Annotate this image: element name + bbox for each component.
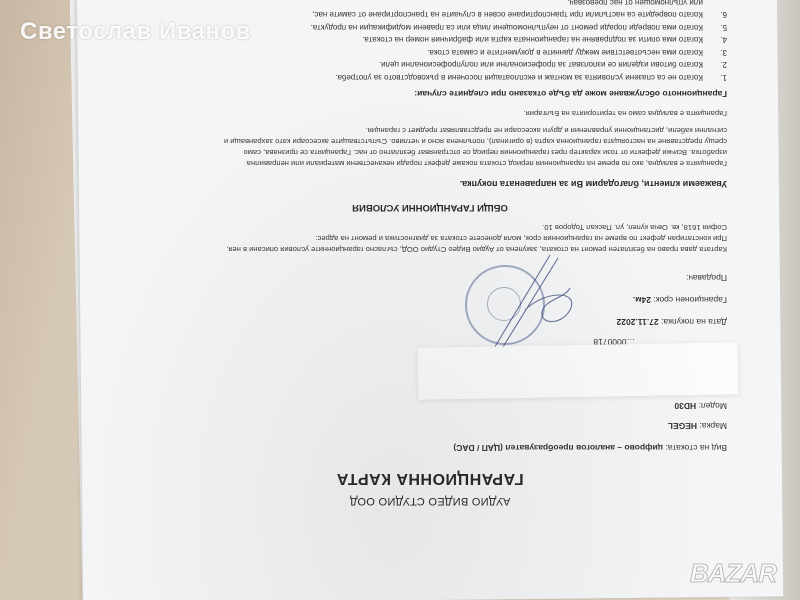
signature [470,250,590,360]
list-item: 3.Когато има несъответствие между даннит… [272,46,727,59]
field-value: 27.11.2022 [617,317,659,327]
field-value: 24м. [633,295,651,305]
paper-strip-covering [418,342,739,400]
refusal-heading: Гаранционното обслужване може да бъде от… [414,89,727,99]
field-label: Марка: [699,421,727,431]
terms-line-2: изработка. Всички дефекти от този характ… [117,147,727,158]
list-item: 5.Когато има повреди поради ремонт от не… [272,21,727,34]
field-seller: Продавач: [686,273,727,283]
field-model: Модел: HD30 [674,401,727,411]
general-terms-title: ОБЩИ ГАРАНЦИОННИ УСЛОВИЯ [95,202,765,213]
terms-line-1: Гаранцията е валидна, ако по време на га… [117,158,727,169]
company-name: АУДИО ВИДЕО СТУДИО ООД [95,495,765,507]
field-brand: Марка: HEGEL [668,421,727,431]
bazar-logo-watermark: BAZAR [690,558,776,589]
document-title: ГАРАНЦИОННА КАРТА [95,469,765,487]
field-value: HEGEL [668,421,697,431]
author-watermark: Светослав Иванов [20,18,251,46]
terms-line-5: Гаранцията е валидна само на територията… [117,108,727,119]
list-item: 4.Когато има опити за подправяне на гара… [272,33,727,46]
terms-line-4: сигнални кабели, дистанционни управления… [117,125,727,136]
refusal-list: 1.Когато не са спазени условията за монт… [272,0,727,83]
list-item: 1.Когато не са спазени условията за монт… [272,71,727,84]
list-item: 2.Когато битови изделия се използват за … [272,58,727,71]
field-value: цифрово – аналогов преобразувател (ЦАП /… [453,443,663,453]
greeting: Уважаеми клиенти, благодарим Ви за напра… [460,179,727,189]
field-label: Модел: [699,401,727,411]
intro-line-2: При констатиран дефект по време на гаран… [117,233,727,244]
field-product-type: Вид на стоката: цифрово – аналогов преоб… [453,443,727,453]
list-item: или упълномощен от нас превозвач. [272,0,727,8]
field-purchase-date: Дата на покупка: 27.11.2022 [617,317,727,327]
intro-line-1: Картата дава право на безплатен ремонт н… [117,244,727,255]
field-warranty-term: Гаранционен срок: 24м. [633,295,727,305]
field-label: Дата на покупка: [661,317,727,327]
list-item: 6.Когато повредите са настъпили при тран… [272,8,727,21]
field-value: HD30 [674,401,696,411]
warranty-document: АУДИО ВИДЕО СТУДИО ООД ГАРАНЦИОННА КАРТА… [95,0,765,555]
terms-line-3: срещу представяне на настоящата гаранцио… [117,136,727,147]
intro-line-3: София 1618, кв. Овча купел, ул. Паскал Т… [117,222,727,233]
field-label: Гаранционен срок: [653,295,727,305]
field-label: Вид на стоката: [665,443,727,453]
